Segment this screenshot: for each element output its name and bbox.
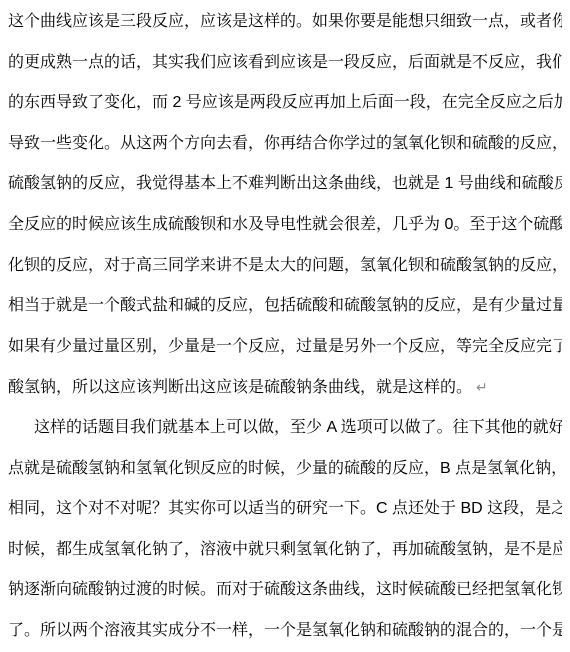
text-line-content: 酸氢钠，所以这应该判断出这应该是硫酸钠条曲线，就是这样的。 [8, 379, 472, 396]
text-line: 了。所以两个溶液其实成分不一样，一个是氢氧化钠和硫酸钠的混合的，一个是稀硫酸。 [8, 611, 562, 652]
text-line: 点就是硫酸氢钠和氢氧化钡反应的时候，少量的硫酸的反应，B 点是氢氧化钠，C 说导… [8, 449, 562, 490]
text-line: 相当于就是一个酸式盐和碱的反应，包括硫酸和硫酸氢钠的反应，是有少量过量的区别的。 [8, 286, 562, 327]
text-line: 这样的话题目我们就基本上可以做，至少 A 选项可以做了。往下其他的就好说了，B [8, 408, 562, 449]
text-line: 这个曲线应该是三段反应，应该是这样的。如果你要是能想只细致一点，或者你对图像认识 [8, 2, 562, 43]
text-line: 的更成熟一点的话，其实我们应该看到应该是一段反应，后面就是不反应，我们加入了过量 [8, 43, 562, 84]
text-line: 酸氢钠，所以这应该判断出这应该是硫酸钠条曲线，就是这样的。↵ [8, 367, 562, 408]
text-line: 硫酸氢钠的反应，我觉得基本上不难判断出这条曲线，也就是 1 号曲线和硫酸反应。当… [8, 164, 562, 205]
text-line: 如果有少量过量区别，少量是一个反应，过量是另外一个反应，等完全反应完了再继续加氯 [8, 327, 562, 368]
text-line: 的东西导致了变化，而 2 号应该是两段反应再加上后面一段，在完全反应之后加入过量… [8, 83, 562, 124]
text-line: 全反应的时候应该生成硫酸钡和水及导电性就会很差，几乎为 0。至于这个硫酸氢钠和氢… [8, 205, 562, 246]
document-page: 这个曲线应该是三段反应，应该是这样的。如果你要是能想只细致一点，或者你对图像认识… [0, 0, 570, 652]
text-line: 时候，都生成氢氧化钠了，溶液中就只剩氢氧化钠了，再加硫酸氢钠，是不是应该从氢氧化 [8, 530, 562, 571]
text-line: 化钡的反应，对于高三同学来讲不是太大的问题，氢氧化钡和硫酸氢钠的反应，等等，这些… [8, 246, 562, 287]
paragraph-return-mark-icon: ↵ [472, 379, 488, 395]
text-line: 导致一些变化。从这两个方向去看，你再结合你学过的氢氧化钡和硫酸的反应，氢氧化钡和 [8, 124, 562, 165]
text-line: 相同，这个对不对呢？其实你可以适当的研究一下。C 点还处于 BD 这段，是之前到… [8, 489, 562, 530]
paragraph-2: 这样的话题目我们就基本上可以做，至少 A 选项可以做了。往下其他的就好说了，B … [8, 408, 562, 652]
paragraph-1: 这个曲线应该是三段反应，应该是这样的。如果你要是能想只细致一点，或者你对图像认识… [8, 2, 562, 408]
text-line: 钠逐渐向硫酸钠过渡的时候。而对于硫酸这条曲线，这时候硫酸已经把氢氧化钡完全反应掉 [8, 570, 562, 611]
